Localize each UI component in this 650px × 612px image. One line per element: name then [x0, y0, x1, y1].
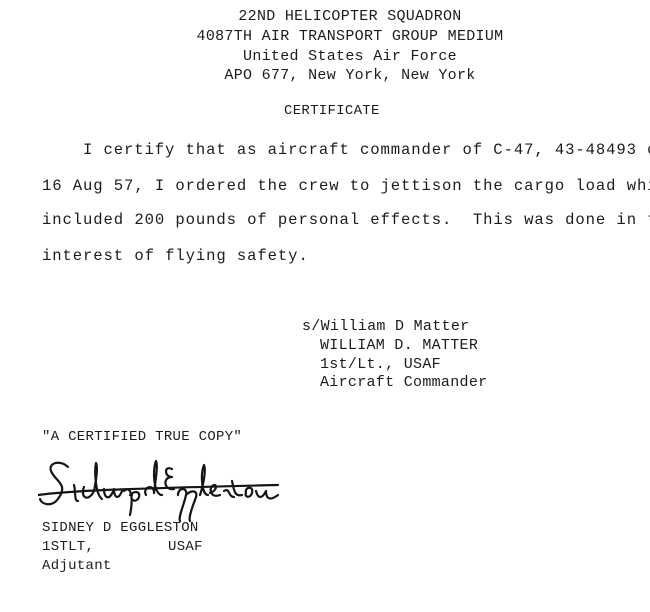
adjutant-rank: 1STLT, — [42, 538, 94, 556]
commander-role: Aircraft Commander — [320, 374, 487, 392]
commander-rank: 1st/Lt., USAF — [320, 356, 441, 374]
letterhead-service: United States Air Force — [0, 48, 650, 66]
commander-name: WILLIAM D. MATTER — [320, 337, 478, 355]
adjutant-service: USAF — [168, 538, 203, 556]
certified-true-copy: "A CERTIFIED TRUE COPY" — [42, 428, 242, 446]
body-line: 16 Aug 57, I ordered the crew to jettiso… — [42, 177, 650, 195]
letterhead-group: 4087TH AIR TRANSPORT GROUP MEDIUM — [0, 28, 650, 46]
body-line: interest of flying safety. — [42, 247, 309, 265]
handwritten-signature-icon — [38, 455, 288, 525]
letterhead-unit: 22ND HELICOPTER SQUADRON — [0, 8, 650, 26]
letterhead-address: APO 677, New York, New York — [0, 67, 650, 85]
adjutant-role: Adjutant — [42, 557, 112, 575]
adjutant-name: SIDNEY D EGGLESTON — [42, 519, 199, 537]
commander-signed: s/William D Matter — [302, 318, 469, 336]
body-line: I certify that as aircraft commander of … — [83, 141, 650, 159]
document-title: CERTIFICATE — [284, 102, 380, 120]
body-line: included 200 pounds of personal effects.… — [42, 211, 650, 229]
